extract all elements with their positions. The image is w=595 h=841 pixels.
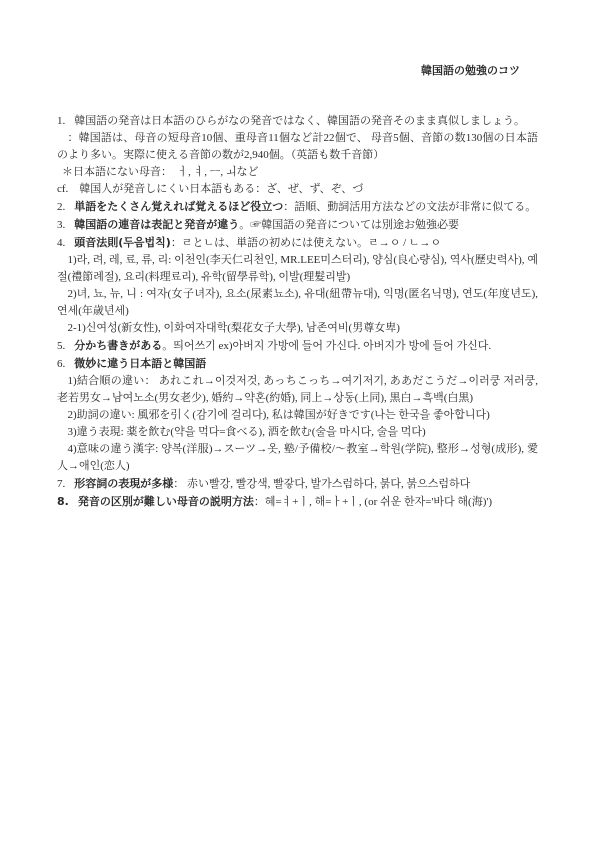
section-4-heading-rest: ：ㄹとㄴは、単語の初めには使えない。ㄹ→ㅇ / ㄴ→ㅇ	[171, 237, 441, 249]
section-3-heading: 3.韓国語の連音は表記と発音が違う。☞韓国語の発音については別途お勉強必要	[57, 216, 538, 234]
section-3-number: 3.	[57, 219, 65, 231]
section-6-number: 6.	[57, 358, 65, 370]
section-5-heading-bold: 分かち書きがある	[74, 339, 162, 352]
section-6-paragraph-expressions: 3)違う表現: 薬を飲む(약을 먹다=食べる), 酒を飲む(술을 마시다, 술을…	[57, 424, 538, 441]
section-4-paragraph-exceptions: 2-1)신여성(新女性), 이화여자대학(梨花女子大學), 남존여비(男尊女卑)	[57, 320, 538, 337]
section-5-number: 5.	[57, 340, 65, 352]
section-4-heading-bold: 頭音法則(두음법칙)	[74, 236, 171, 249]
document-title: 韓国語の勉強のコツ	[57, 62, 520, 79]
section-2-heading-bold: 単語をたくさん覚えれば覚えるほど役立つ	[74, 200, 283, 213]
section-1-paragraph-missing-vowels: ＊日本語にない母音： ㅓ, ㅕ, ㅡ, ㅚなど	[57, 164, 538, 181]
section-2-heading-rest: ：語順、動詞活用方法などの文法が非常に似てる。	[283, 201, 536, 213]
section-4-heading: 4.頭音法則(두음법칙)：ㄹとㄴは、単語の初めには使えない。ㄹ→ㅇ / ㄴ→ㅇ	[57, 234, 538, 252]
section-8-heading-rest: ：혜=ㅕ+ㅣ, 해=ㅏ+ㅣ, (or 쉬운 한자='바다 해(海)')	[254, 496, 492, 508]
section-3-heading-rest: 。☞韓国語の発音については別途お勉強必要	[239, 219, 459, 231]
section-7-heading: 7.形容詞の表現が多様： 赤い빨강, 빨강색, 빨갛다, 발가스럼하다, 붉다,…	[57, 475, 538, 493]
section-1-paragraph-vowel-counts: ：韓国語は、母音の短母音10個、重母音11個など計22個で、 母音5個、音節の数…	[57, 130, 538, 164]
section-7-heading-rest: ： 赤い빨강, 빨강색, 빨갛다, 발가스럼하다, 붉다, 붉으스럼하다	[173, 478, 470, 490]
section-1-paragraph-cf: cf. 韓国人が発音しにくい日本語もある：ざ、ぜ、ず、ぞ、づ	[57, 181, 538, 198]
section-7-number: 7.	[57, 478, 65, 490]
section-4-paragraph-nyeo-row: 2)녀, 뇨, 뉴, 니 : 여자(女子녀자), 요소(尿素뇨소), 유대(紐帶…	[57, 286, 538, 320]
section-1-number: 1.	[57, 115, 65, 127]
section-8-heading: 8.発音の区別が難しい母音の説明方法：혜=ㅕ+ㅣ, 해=ㅏ+ㅣ, (or 쉬운 …	[57, 493, 538, 511]
section-2-number: 2.	[57, 201, 65, 213]
section-4-paragraph-ra-row: 1)라, 려, 레, 료, 류, 리: 이천인(李天仁리천인, MR.LEE미스…	[57, 252, 538, 286]
section-6-paragraph-word-order: 1)結合順の違い： あれこれ→이것저것, あっちこっち→여기저기, ああだこうだ…	[57, 373, 538, 407]
section-2-heading: 2.単語をたくさん覚えれば覚えるほど役立つ：語順、動詞活用方法などの文法が非常に…	[57, 198, 538, 216]
section-5-heading: 5.分かち書きがある。띄어쓰기 ex)아버지 가방에 들어 가신다. 아버지가 …	[57, 337, 538, 355]
section-5-heading-rest: 。띄어쓰기 ex)아버지 가방에 들어 가신다. 아버지가 방에 들어 가신다.	[162, 340, 491, 352]
section-1-heading-text: 韓国語の発音は日本語のひらがなの発音ではなく、韓国語の発音そのまま真似しましょう…	[74, 115, 525, 127]
section-6-paragraph-particles: 2)助詞の違い: 風邪を引く(감기에 걸리다), 私は韓国が好きです(나는 한국…	[57, 407, 538, 424]
section-8-number: 8.	[57, 495, 69, 508]
section-8-heading-bold: 発音の区別が難しい母音の説明方法	[78, 495, 254, 508]
section-3-heading-bold: 韓国語の連音は表記と発音が違う	[74, 218, 239, 231]
section-6-heading: 6.微妙に違う日本語と韓国語	[57, 355, 538, 373]
document-page: 韓国語の勉強のコツ 1.韓国語の発音は日本語のひらがなの発音ではなく、韓国語の発…	[0, 0, 595, 841]
section-6-paragraph-kanji-meanings: 4)意味の違う漢字: 양복(洋服)→スーツ→옷, 塾/予備校/～教室→학원(学院…	[57, 441, 538, 475]
section-4-number: 4.	[57, 237, 65, 249]
section-1-heading: 1.韓国語の発音は日本語のひらがなの発音ではなく、韓国語の発音そのまま真似しまし…	[57, 113, 538, 130]
section-7-heading-bold: 形容詞の表現が多様	[74, 477, 173, 490]
section-6-heading-bold: 微妙に違う日本語と韓国語	[74, 357, 206, 370]
